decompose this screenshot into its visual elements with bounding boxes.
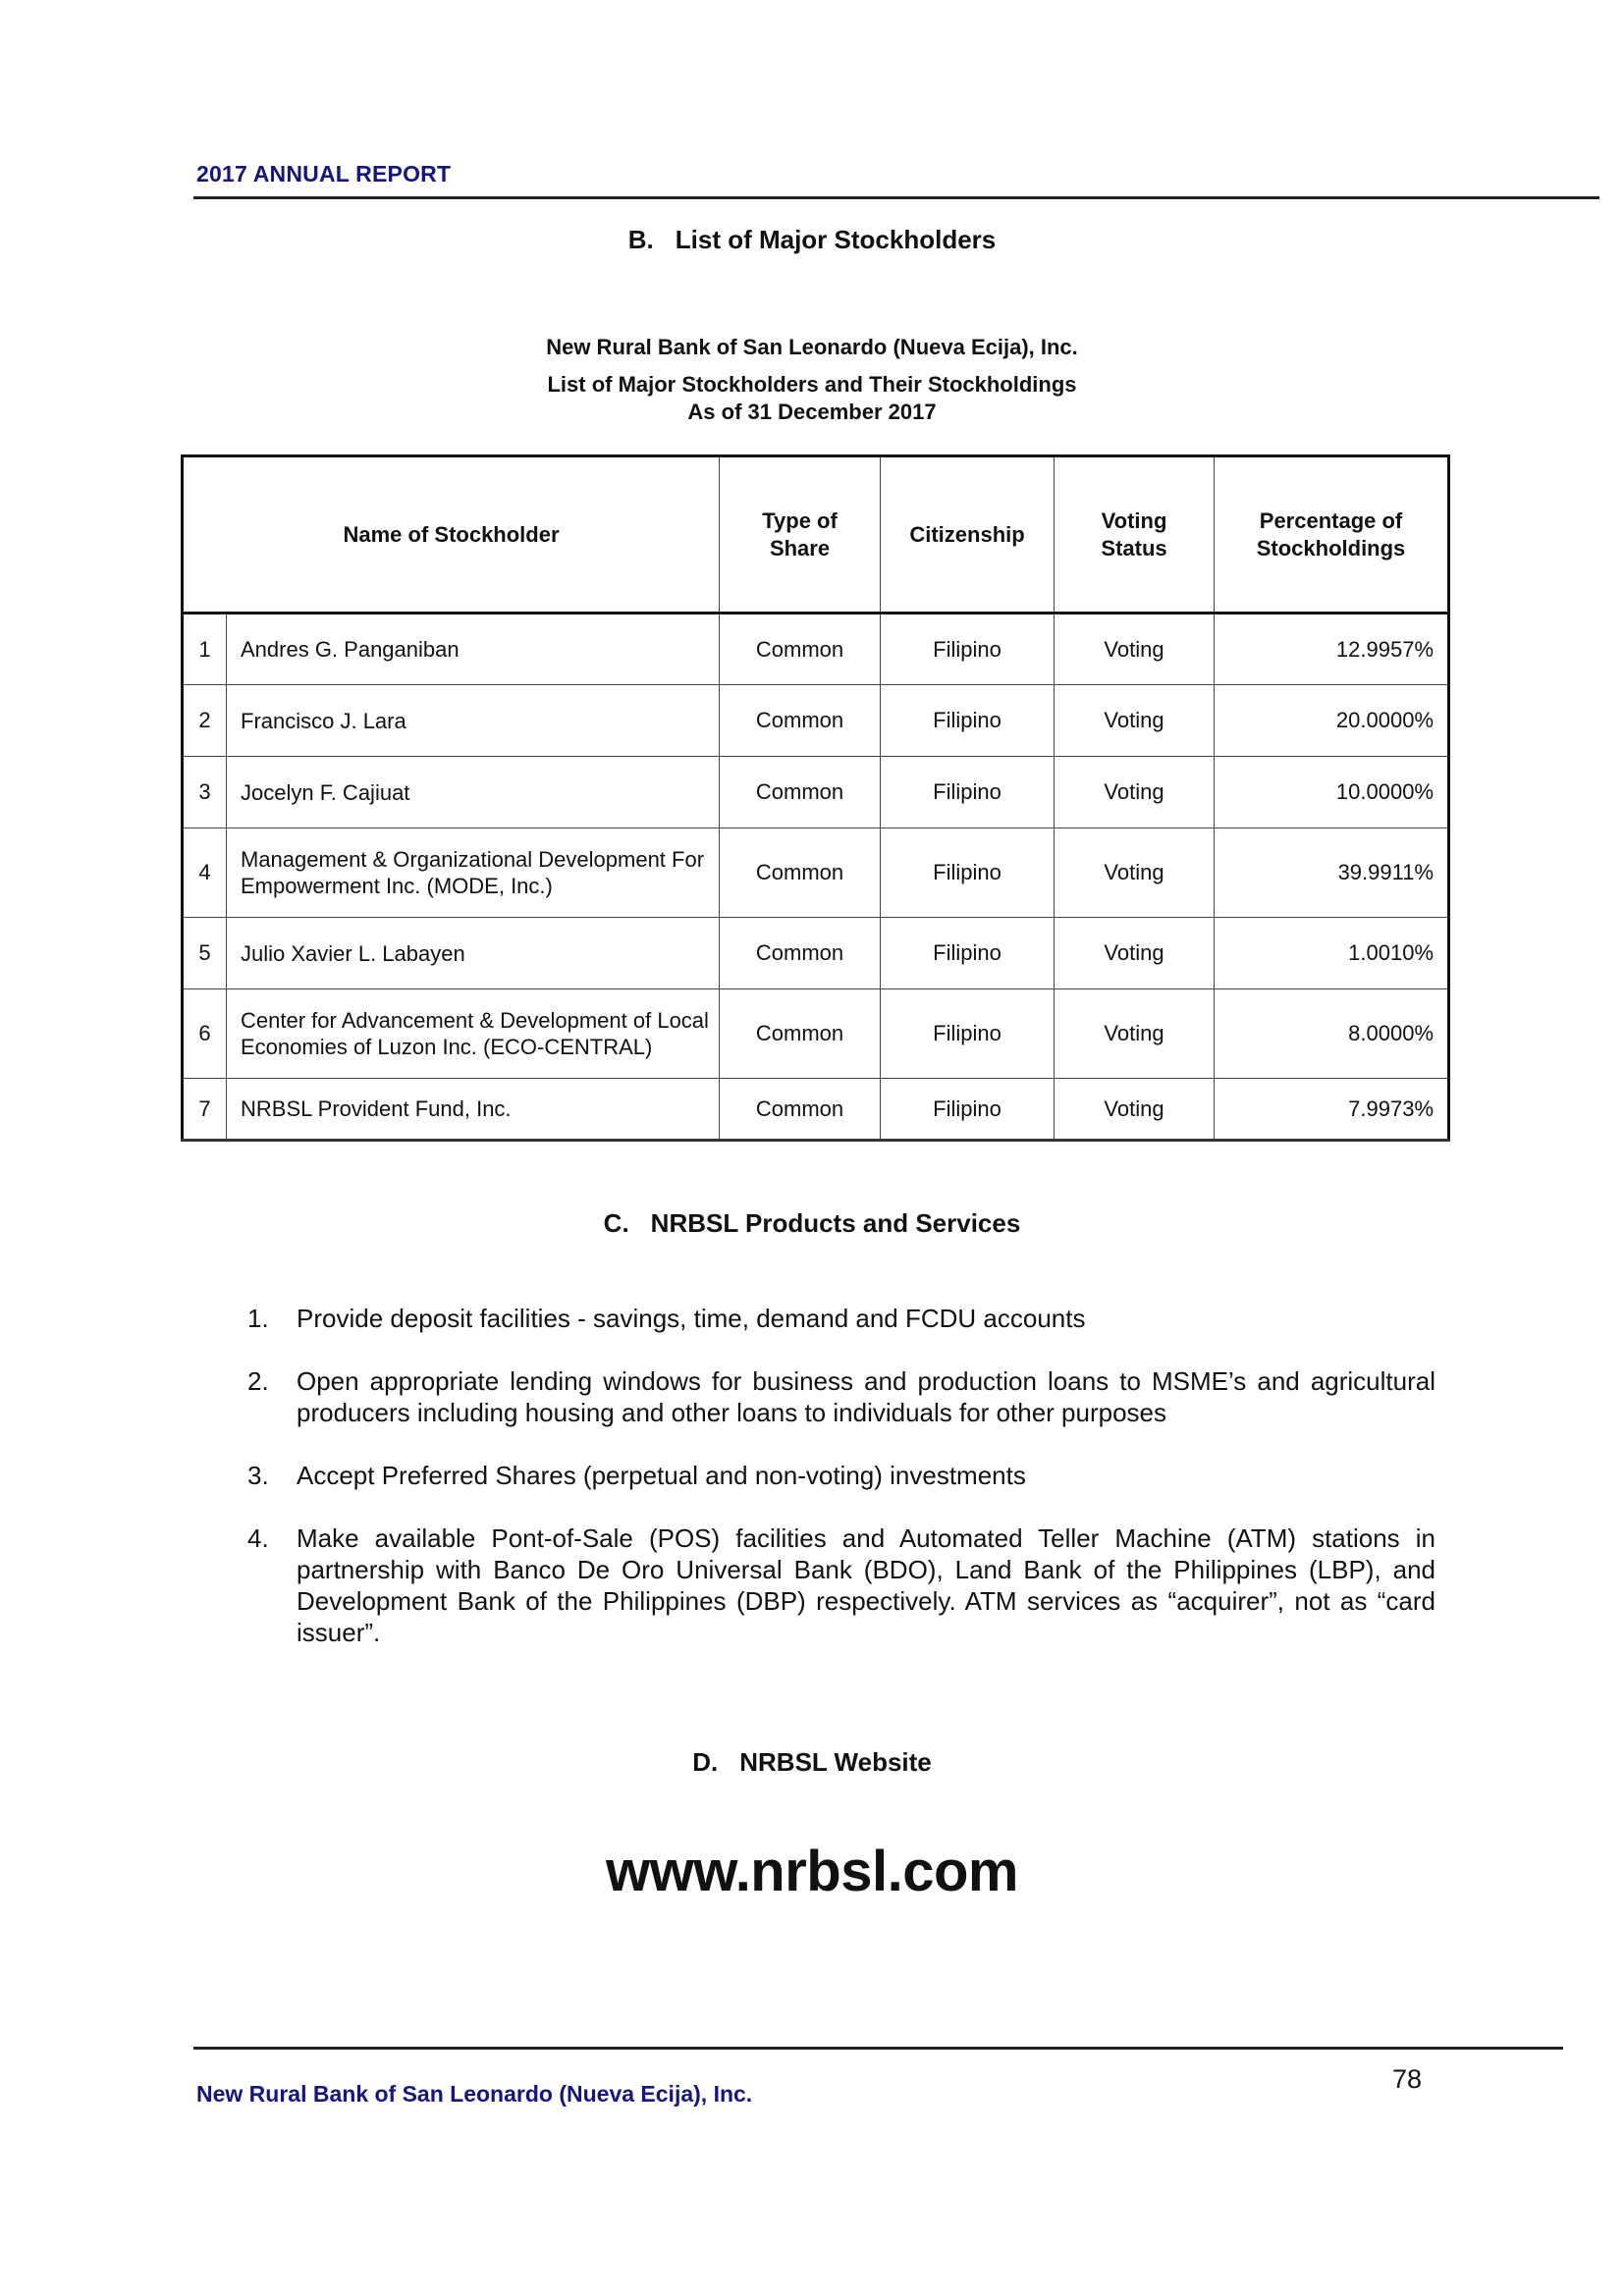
- section-d-letter: D.: [692, 1747, 718, 1778]
- share-type: Common: [720, 1079, 881, 1141]
- col-header-type: Type ofShare: [720, 456, 881, 614]
- stockholder-name: Center for Advancement & Development of …: [227, 989, 720, 1079]
- row-number: 5: [183, 918, 227, 989]
- section-d-heading: D.NRBSL Website: [0, 1747, 1624, 1778]
- section-c-title: NRBSL Products and Services: [651, 1208, 1021, 1238]
- report-title: 2017 ANNUAL REPORT: [196, 161, 451, 187]
- service-item-text: Open appropriate lending windows for bus…: [297, 1366, 1435, 1427]
- table-subtitle-date: As of 31 December 2017: [0, 399, 1624, 426]
- share-type: Common: [720, 685, 881, 757]
- citizenship: Filipino: [881, 685, 1055, 757]
- col-header-percentage: Percentage ofStockholdings: [1215, 456, 1449, 614]
- col-header-name: Name of Stockholder: [183, 456, 720, 614]
- citizenship: Filipino: [881, 989, 1055, 1079]
- table-row: 3Jocelyn F. CajiuatCommonFilipinoVoting1…: [183, 757, 1449, 828]
- row-number: 3: [183, 757, 227, 828]
- voting-status: Voting: [1055, 918, 1215, 989]
- row-number: 1: [183, 614, 227, 685]
- col-header-citizenship: Citizenship: [881, 456, 1055, 614]
- stockholding-percentage: 8.0000%: [1215, 989, 1449, 1079]
- share-type: Common: [720, 614, 881, 685]
- citizenship: Filipino: [881, 1079, 1055, 1141]
- citizenship: Filipino: [881, 614, 1055, 685]
- stockholding-percentage: 7.9973%: [1215, 1079, 1449, 1141]
- share-type: Common: [720, 757, 881, 828]
- stockholder-name: Andres G. Panganiban: [227, 614, 720, 685]
- section-b-heading: B.List of Major Stockholders: [0, 225, 1624, 255]
- voting-status: Voting: [1055, 989, 1215, 1079]
- service-item: 1.Provide deposit facilities - savings, …: [247, 1303, 1435, 1334]
- stockholding-percentage: 12.9957%: [1215, 614, 1449, 685]
- service-item-text: Provide deposit facilities - savings, ti…: [297, 1304, 1085, 1333]
- section-b-letter: B.: [628, 225, 654, 255]
- table-row: 6Center for Advancement & Development of…: [183, 989, 1449, 1079]
- share-type: Common: [720, 828, 881, 918]
- stockholders-table: Name of Stockholder Type ofShare Citizen…: [181, 454, 1450, 1142]
- share-type: Common: [720, 989, 881, 1079]
- footer-rule: [193, 2047, 1563, 2050]
- section-d-title: NRBSL Website: [739, 1747, 932, 1777]
- service-item-number: 2.: [247, 1365, 269, 1397]
- table-row: 7NRBSL Provident Fund, Inc.CommonFilipin…: [183, 1079, 1449, 1141]
- service-item: 3.Accept Preferred Shares (perpetual and…: [247, 1460, 1435, 1491]
- citizenship: Filipino: [881, 828, 1055, 918]
- citizenship: Filipino: [881, 757, 1055, 828]
- voting-status: Voting: [1055, 757, 1215, 828]
- table-row: 2Francisco J. LaraCommonFilipinoVoting20…: [183, 685, 1449, 757]
- service-item-number: 1.: [247, 1303, 269, 1334]
- stockholder-name: Jocelyn F. Cajiuat: [227, 757, 720, 828]
- row-number: 2: [183, 685, 227, 757]
- table-subtitle-list: List of Major Stockholders and Their Sto…: [0, 371, 1624, 399]
- section-c-letter: C.: [604, 1208, 629, 1239]
- services-list: 1.Provide deposit facilities - savings, …: [247, 1303, 1435, 1680]
- stockholder-name: Francisco J. Lara: [227, 685, 720, 757]
- row-number: 4: [183, 828, 227, 918]
- stockholder-name: NRBSL Provident Fund, Inc.: [227, 1079, 720, 1141]
- voting-status: Voting: [1055, 685, 1215, 757]
- stockholding-percentage: 1.0010%: [1215, 918, 1449, 989]
- website-url: www.nrbsl.com: [0, 1839, 1624, 1904]
- service-item-number: 3.: [247, 1460, 269, 1491]
- header-rule: [193, 196, 1599, 199]
- table-header-row: Name of Stockholder Type ofShare Citizen…: [183, 456, 1449, 614]
- citizenship: Filipino: [881, 918, 1055, 989]
- table-subtitle-org: New Rural Bank of San Leonardo (Nueva Ec…: [0, 334, 1624, 361]
- stockholder-name: Management & Organizational Development …: [227, 828, 720, 918]
- table-row: 4Management & Organizational Development…: [183, 828, 1449, 918]
- service-item-number: 4.: [247, 1522, 269, 1554]
- stockholding-percentage: 39.9911%: [1215, 828, 1449, 918]
- service-item-text: Make available Pont-of-Sale (POS) facili…: [297, 1523, 1435, 1647]
- service-item: 2.Open appropriate lending windows for b…: [247, 1365, 1435, 1428]
- section-b-title: List of Major Stockholders: [676, 225, 997, 254]
- share-type: Common: [720, 918, 881, 989]
- page-number: 78: [1392, 2064, 1422, 2095]
- service-item-text: Accept Preferred Shares (perpetual and n…: [297, 1461, 1026, 1490]
- section-c-heading: C.NRBSL Products and Services: [0, 1208, 1624, 1239]
- row-number: 6: [183, 989, 227, 1079]
- service-item: 4.Make available Pont-of-Sale (POS) faci…: [247, 1522, 1435, 1648]
- col-header-voting: VotingStatus: [1055, 456, 1215, 614]
- voting-status: Voting: [1055, 828, 1215, 918]
- stockholding-percentage: 20.0000%: [1215, 685, 1449, 757]
- table-row: 5Julio Xavier L. LabayenCommonFilipinoVo…: [183, 918, 1449, 989]
- stockholder-name: Julio Xavier L. Labayen: [227, 918, 720, 989]
- footer-organization: New Rural Bank of San Leonardo (Nueva Ec…: [196, 2081, 752, 2108]
- voting-status: Voting: [1055, 1079, 1215, 1141]
- stockholding-percentage: 10.0000%: [1215, 757, 1449, 828]
- voting-status: Voting: [1055, 614, 1215, 685]
- table-row: 1Andres G. PanganibanCommonFilipinoVotin…: [183, 614, 1449, 685]
- row-number: 7: [183, 1079, 227, 1141]
